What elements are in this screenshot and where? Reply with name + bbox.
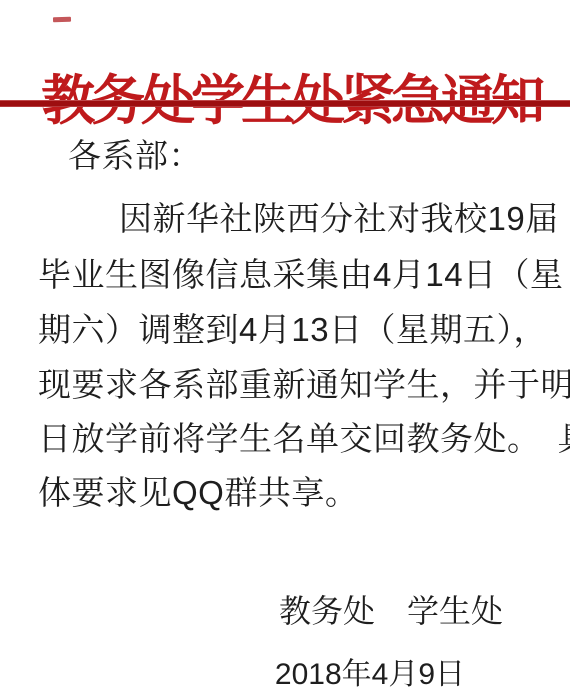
body-line: 因新华社陕西分社对我校19届 [119,193,559,240]
stray-ink-mark [53,17,71,23]
notice-date: 2018年4月9日 [0,649,465,693]
signature-line: 教务处 学生处 [0,586,503,632]
body-line: 现要求各系部重新通知学生，并于明 [38,359,570,406]
body-line: 毕业生图像信息采集由4月14日（星 [38,249,564,296]
notice-title: 教务处学生处紧急通知 [41,58,541,135]
body-line: 期六）调整到4月13日（星期五）， [38,304,547,351]
notice-page: 教务处学生处紧急通知 各系部： 因新华社陕西分社对我校19届 毕业生图像信息采集… [0,0,570,694]
body-line: 日放学前将学生名单交回教务处。 具 [38,413,570,460]
body-line: 体要求见QQ群共享。 [38,467,358,514]
title-divider-rule [0,100,570,107]
salutation-line: 各系部： [68,130,202,177]
